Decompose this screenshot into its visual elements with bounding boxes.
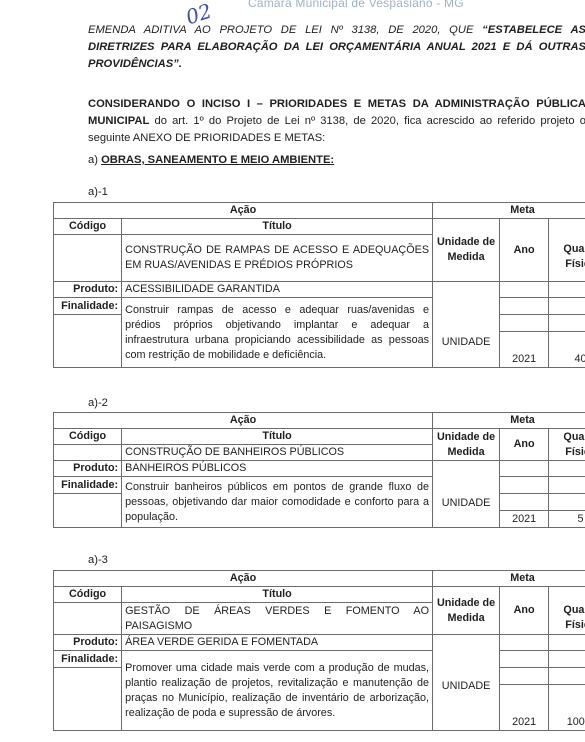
unidade-header: Unidade de Medida (433, 587, 500, 635)
ano-header: Ano (500, 587, 549, 635)
quant-header: Quant. Física (549, 429, 585, 461)
preamble-lead: EMENDA ADITIVA AO PROJETO DE LEI Nº 3138… (88, 24, 482, 36)
finalidade-cell: Construir banheiros públicos em pontos d… (122, 477, 433, 528)
priority-table: Ação Meta Código Título Unidade de Medid… (53, 570, 585, 731)
titulo-cell: GESTÃO DE ÁREAS VERDES E FOMENTO AO PAIS… (122, 603, 433, 635)
ano-blank-cell (500, 635, 549, 651)
quant-blank-cell (549, 461, 585, 477)
codigo-blank-cell (54, 494, 122, 528)
ano-blank-cell (500, 282, 549, 298)
section-heading: a) OBRAS, SANEAMENTO E MEIO AMBIENTE: (88, 154, 334, 166)
amendment-preamble: EMENDA ADITIVA AO PROJETO DE LEI Nº 3138… (88, 22, 585, 73)
document-page: Câmara Municipal de Vespasiano - MG 02 E… (0, 0, 585, 742)
finalidade-label: Finalidade: (54, 298, 122, 315)
acao-header: Ação (54, 203, 433, 219)
unidade-cell: UNIDADE (433, 282, 500, 368)
quant-blank-cell (549, 282, 585, 298)
codigo-blank-cell (54, 668, 122, 731)
unidade-cell: UNIDADE (433, 461, 500, 528)
produto-label: Produto: (54, 635, 122, 651)
ano-header: Ano (500, 429, 549, 461)
codigo-blank-cell (54, 315, 122, 368)
titulo-cell: CONSTRUÇÃO DE BANHEIROS PÚBLICOS (122, 445, 433, 461)
ano-cell: 2021 (500, 685, 549, 731)
codigo-cell (54, 235, 122, 282)
acao-header: Ação (54, 413, 433, 429)
produto-cell: ÁREA VERDE GERIDA E FOMENTADA (122, 635, 433, 651)
unidade-cell: UNIDADE (433, 635, 500, 731)
item-label: a)-3 (88, 554, 108, 566)
finalidade-label: Finalidade: (54, 477, 122, 494)
codigo-cell (54, 445, 122, 461)
titulo-header: Título (122, 219, 433, 235)
meta-header: Meta (433, 413, 585, 429)
quant-header: Quant. Física (549, 219, 585, 282)
finalidade-cell: Promover uma cidade mais verde com a pro… (122, 651, 433, 731)
meta-header: Meta (433, 203, 585, 219)
ano-blank-cell (500, 298, 549, 315)
quant-blank-cell (549, 635, 585, 651)
quant-blank-cell (549, 298, 585, 315)
codigo-cell (54, 603, 122, 635)
meta-header: Meta (433, 571, 585, 587)
considerando-paragraph: CONSIDERANDO O INCISO I – PRIORIDADES E … (88, 96, 585, 147)
section-prefix: a) (88, 154, 101, 166)
priority-table: Ação Meta Código Título Unidade de Medid… (53, 412, 585, 528)
finalidade-cell: Construir rampas de acesso e adequar rua… (122, 298, 433, 368)
quant-cell: 100% (549, 685, 585, 731)
unidade-header: Unidade de Medida (433, 219, 500, 282)
ano-cell: 2021 (500, 332, 549, 368)
ano-header: Ano (500, 219, 549, 282)
quant-blank-cell (549, 651, 585, 668)
council-stamp: Câmara Municipal de Vespasiano - MG (248, 0, 464, 10)
acao-header: Ação (54, 571, 433, 587)
quant-blank-cell (549, 494, 585, 511)
titulo-header: Título (122, 429, 433, 445)
ano-blank-cell (500, 461, 549, 477)
quant-blank-cell (549, 315, 585, 332)
section-title: OBRAS, SANEAMENTO E MEIO AMBIENTE: (101, 154, 334, 166)
ano-blank-cell (500, 668, 549, 685)
ano-blank-cell (500, 477, 549, 494)
unidade-header: Unidade de Medida (433, 429, 500, 461)
titulo-header: Título (122, 587, 433, 603)
produto-label: Produto: (54, 282, 122, 298)
quant-header: Quant. Física (549, 587, 585, 635)
ano-blank-cell (500, 651, 549, 668)
quant-cell: 40 (549, 332, 585, 368)
ano-cell: 2021 (500, 511, 549, 528)
titulo-cell: CONSTRUÇÃO DE RAMPAS DE ACESSO E ADEQUAÇ… (122, 235, 433, 282)
codigo-header: Código (54, 219, 122, 235)
produto-cell: BANHEIROS PÚBLICOS (122, 461, 433, 477)
ano-blank-cell (500, 494, 549, 511)
priority-table: Ação Meta Código Título Unidade de Medid… (53, 202, 585, 368)
finalidade-label: Finalidade: (54, 651, 122, 668)
quant-blank-cell (549, 668, 585, 685)
item-label: a)-2 (88, 397, 108, 409)
considerando-rest: do art. 1º do Projeto de Lei nº 3138, de… (88, 115, 585, 144)
produto-cell: ACESSIBILIDADE GARANTIDA (122, 282, 433, 298)
produto-label: Produto: (54, 461, 122, 477)
quant-cell: 5 (549, 511, 585, 528)
codigo-header: Código (54, 429, 122, 445)
codigo-header: Código (54, 587, 122, 603)
item-label: a)-1 (88, 186, 108, 198)
quant-blank-cell (549, 477, 585, 494)
ano-blank-cell (500, 315, 549, 332)
